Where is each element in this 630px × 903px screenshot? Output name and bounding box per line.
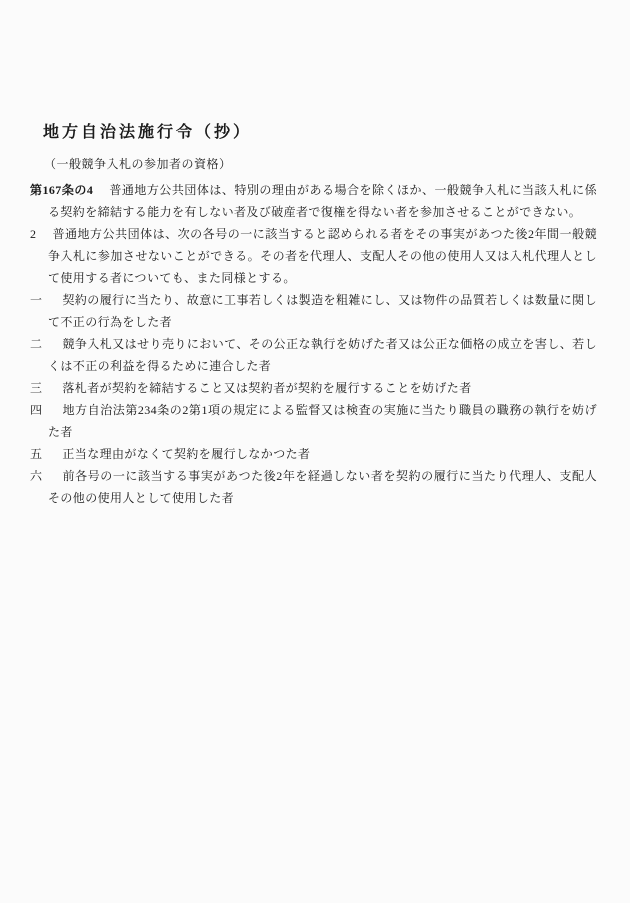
item-paragraph: 二競争入札又はせり売りにおいて、その公正な執行を妨げた者又は公正な価格の成立を害…: [30, 333, 597, 377]
item-paragraph: 三落札者が契約を締結すること又は契約者が契約を履行することを妨げた者: [30, 377, 597, 399]
paragraph-text: 落札者が契約を締結すること又は契約者が契約を履行することを妨げた者: [62, 381, 471, 395]
section-caption: （一般競争入札の参加者の資格）: [44, 155, 232, 172]
paragraph-text: 契約の履行に当たり、故意に工事若しくは製造を粗雑にし、又は物件の品質若しくは数量…: [48, 293, 597, 329]
article-paragraph: 第167条の4普通地方公共団体は、特別の理由がある場合を除くほか、一般競争入札に…: [30, 179, 597, 223]
item-number: 四: [30, 403, 43, 417]
document-body: 第167条の4普通地方公共団体は、特別の理由がある場合を除くほか、一般競争入札に…: [30, 179, 597, 509]
item-number: 二: [30, 337, 42, 351]
item-paragraph: 一契約の履行に当たり、故意に工事若しくは製造を粗雑にし、又は物件の品質若しくは数…: [30, 289, 597, 333]
article-number: 第167条の4: [30, 183, 93, 197]
item-number: 三: [30, 381, 42, 395]
paragraph-text: 正当な理由がなくて契約を履行しなかつた者: [62, 447, 310, 461]
item-paragraph: 六前各号の一に該当する事実があつた後2年を経過しない者を契約の履行に当たり代理人…: [30, 465, 597, 509]
item-paragraph: 五正当な理由がなくて契約を履行しなかつた者: [30, 443, 597, 465]
item-number: 五: [30, 447, 42, 461]
clause-paragraph: 2普通地方公共団体は、次の各号の一に該当すると認められる者をその事実があつた後2…: [30, 223, 597, 289]
paragraph-text: 普通地方公共団体は、次の各号の一に該当すると認められる者をその事実があつた後2年…: [48, 227, 597, 285]
document-page: 地方自治法施行令（抄） （一般競争入札の参加者の資格） 第167条の4普通地方公…: [0, 0, 630, 903]
document-title: 地方自治法施行令（抄）: [43, 119, 252, 142]
item-number: 一: [30, 293, 42, 307]
paragraph-text: 地方自治法第234条の2第1項の規定による監督又は検査の実施に当たり職員の職務の…: [48, 403, 597, 439]
item-number: 六: [30, 469, 43, 483]
paragraph-text: 前各号の一に該当する事実があつた後2年を経過しない者を契約の履行に当たり代理人、…: [48, 469, 597, 505]
clause-number: 2: [30, 227, 36, 241]
paragraph-text: 普通地方公共団体は、特別の理由がある場合を除くほか、一般競争入札に当該入札に係る…: [48, 183, 597, 219]
paragraph-text: 競争入札又はせり売りにおいて、その公正な執行を妨げた者又は公正な価格の成立を害し…: [48, 337, 597, 373]
item-paragraph: 四地方自治法第234条の2第1項の規定による監督又は検査の実施に当たり職員の職務…: [30, 399, 597, 443]
